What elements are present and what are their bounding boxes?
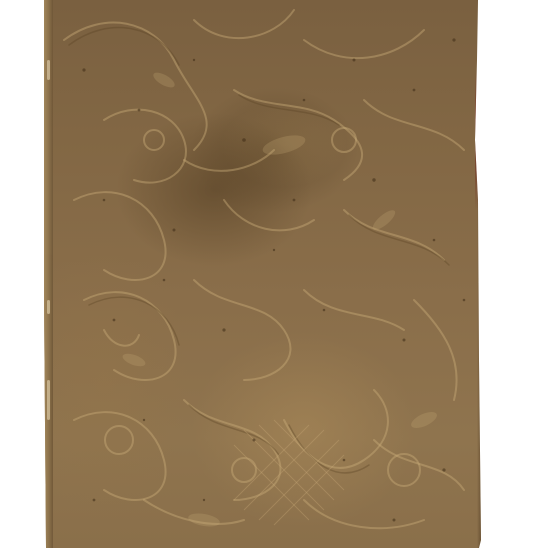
book-cover [44, 0, 481, 548]
spine-stitch [47, 380, 50, 420]
spine-stitch [47, 300, 50, 314]
red-stained-edge [475, 70, 481, 210]
spine-edge [44, 0, 53, 548]
age-speckles [44, 0, 481, 548]
page-edge-shadow [477, 0, 481, 548]
spine-stitch [47, 60, 50, 80]
photo-scene [0, 0, 550, 550]
